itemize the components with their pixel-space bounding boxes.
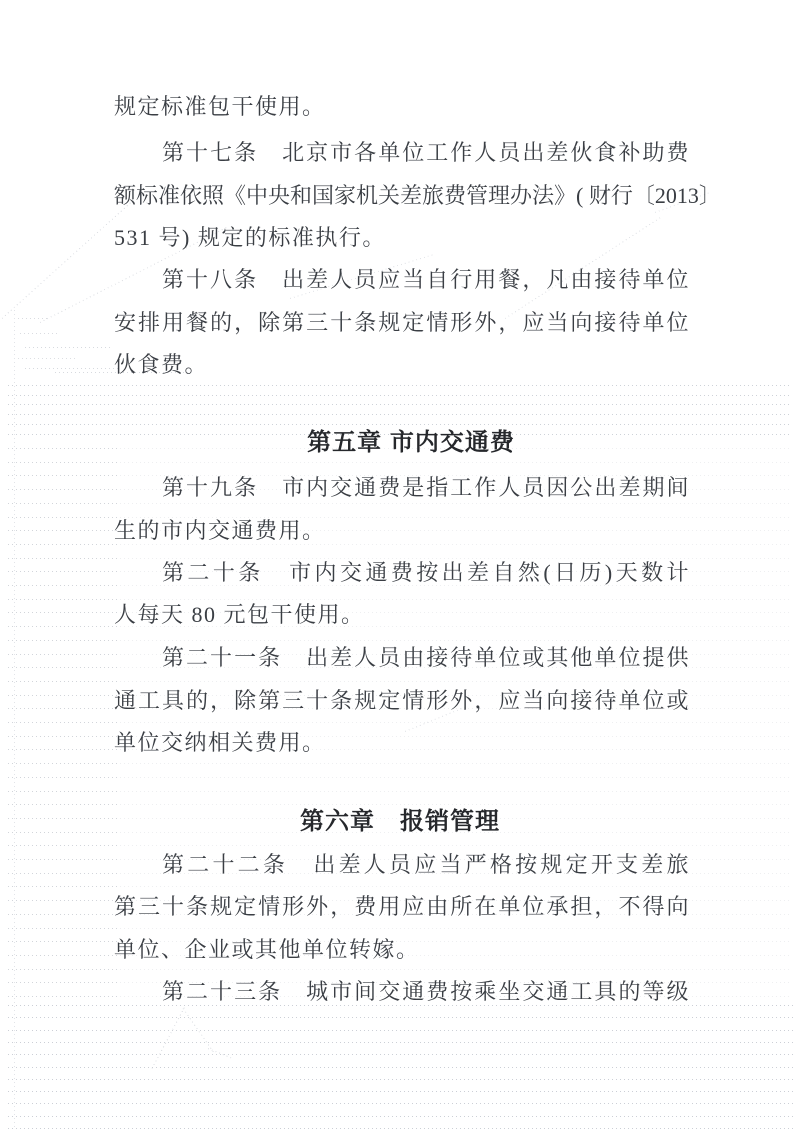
text-line: 安排用餐的，除第三十条规定情形外，应当向接待单位交纳: [114, 306, 690, 340]
text-line: 单位、企业或其他单位转嫁。: [114, 933, 690, 967]
text-line: 规定标准包干使用。: [114, 90, 690, 124]
text-line: 第二十一条 出差人员由接待单位或其他单位提供交: [114, 641, 690, 675]
text-line: 人每天 80 元包干使用。: [114, 598, 690, 632]
text-line: 第二十二条 出差人员应当严格按规定开支差旅费，除: [114, 848, 690, 882]
text-line: 531 号) 规定的标准执行。: [114, 221, 690, 255]
chapter-5-heading: 第五章 市内交通费: [11, 427, 800, 459]
text-line: 生的市内交通费用。: [114, 514, 690, 548]
text-line: 第二十条 市内交通费按出差自然(日历)天数计算，每: [114, 556, 690, 590]
text-line: 额标准依照《中央和国家机关差旅费管理办法》( 财行〔2013〕: [114, 179, 690, 213]
document-page: 规定标准包干使用。 第十七条 北京市各单位工作人员出差伙食补助费限 额标准依照《…: [0, 0, 800, 1131]
chapter-6-heading: 第六章 报销管理: [0, 806, 800, 838]
text-line: 伙食费。: [114, 348, 690, 382]
document-text: 规定标准包干使用。 第十七条 北京市各单位工作人员出差伙食补助费限 额标准依照《…: [0, 0, 800, 1131]
text-line: 第十九条 市内交通费是指工作人员因公出差期间发: [114, 471, 690, 505]
text-line: 第二十三条 城市间交通费按乘坐交通工具的等级凭: [114, 975, 690, 1009]
text-line: 第三十条规定情形外，费用应由所在单位承担，不得向下级: [114, 890, 690, 924]
text-line: 第十八条 出差人员应当自行用餐，凡由接待单位统一: [114, 263, 690, 297]
text-line: 第十七条 北京市各单位工作人员出差伙食补助费限: [114, 136, 690, 170]
text-line: 通工具的，除第三十条规定情形外，应当向接待单位或其他: [114, 684, 690, 718]
text-line: 单位交纳相关费用。: [114, 726, 690, 760]
